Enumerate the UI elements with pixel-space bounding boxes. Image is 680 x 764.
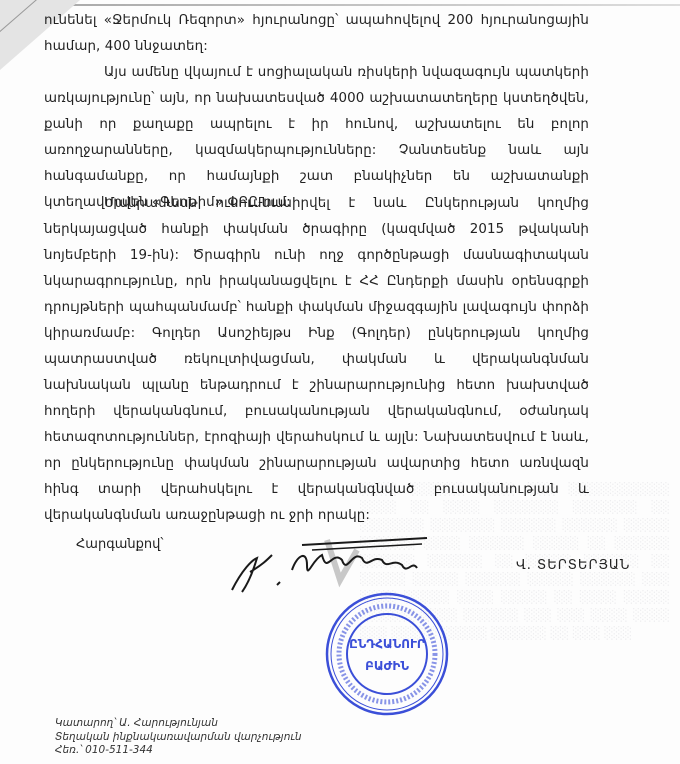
closing-salutation: Հարգանքով՝ bbox=[76, 537, 164, 552]
official-stamp-icon: ԸՆԴՀԱՆՈՒՐ ԲԱԺԻՆ bbox=[323, 590, 451, 718]
scanned-page: ░░░░ ░░░░░░ ░░░░ ░░░ ░░░░░░░░░░░ ░░░░ ░░… bbox=[0, 0, 680, 764]
page-top-edge bbox=[60, 4, 680, 6]
paragraph-continuation: ունենել «Ջերմուկ Ռեզորտ» հյուրանոցը՝ ապա… bbox=[44, 8, 589, 60]
paragraph-3-text: Մանրամասն ուսումնասիրվել է նաև Ընկերությ… bbox=[44, 191, 589, 529]
footer-executor: Կատարող՝ Ա. Հարությունյան bbox=[55, 717, 302, 731]
footer-contact: Կատարող՝ Ա. Հարությունյան Տեղական ինքնակ… bbox=[55, 717, 302, 758]
stamp-line-1: ԸՆԴՀԱՆՈՒՐ bbox=[349, 637, 425, 651]
paragraph-closure-plan: Մանրամասն ուսումնասիրվել է նաև Ընկերությ… bbox=[44, 191, 589, 529]
paragraph-1-text: ունենել «Ջերմուկ Ռեզորտ» հյուրանոցը՝ ապա… bbox=[44, 8, 589, 60]
signer-name: Վ. ՏԵՐՏԵՐՅԱՆ bbox=[516, 558, 630, 573]
stamp-line-2: ԲԱԺԻՆ bbox=[365, 659, 409, 673]
footer-phone: Հեռ.՝ 010-511-344 bbox=[55, 744, 302, 758]
footer-department: Տեղական ինքնակառավարման վարչություն bbox=[55, 731, 302, 745]
